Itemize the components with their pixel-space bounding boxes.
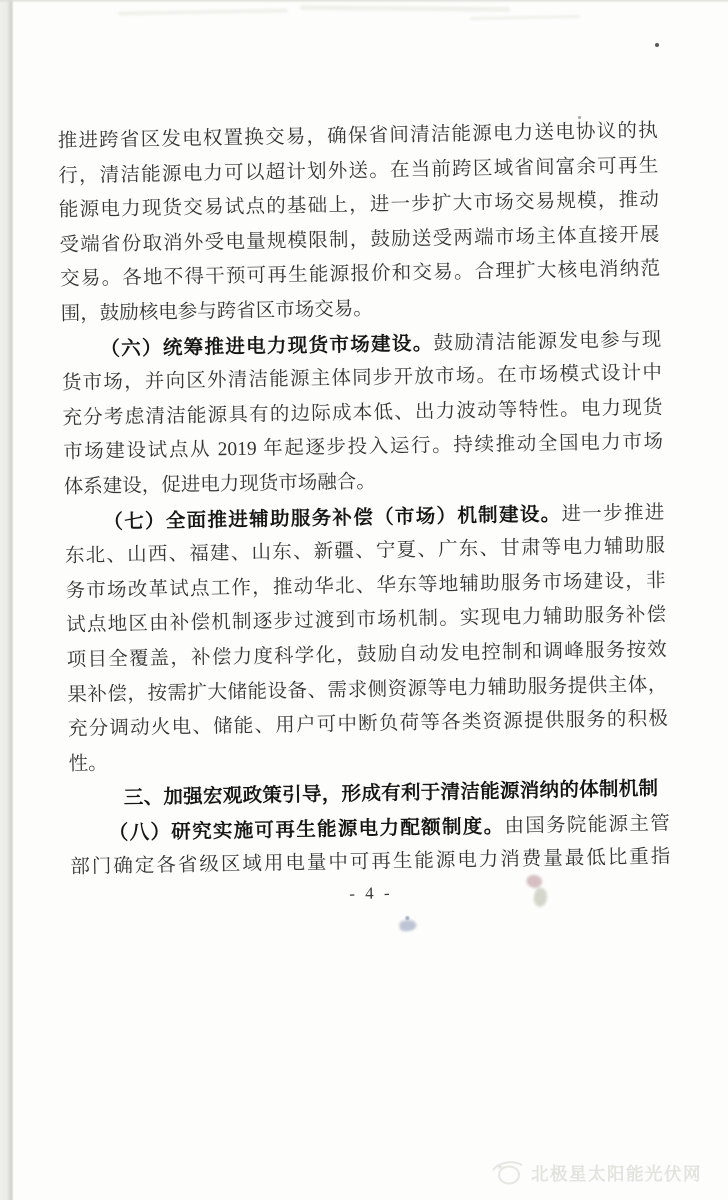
para-8-renewable-quota: （八）研究实施可再生能源电力配额制度。由国务院能源主管部门确定各省级区域用电量中… <box>70 806 671 886</box>
body-text: 交易。各地不得干预可再生能源报价和交易。合理扩大核电消纳范 <box>60 259 660 290</box>
body-text: 能源电力现货交易试点的基础上，进一步扩大市场交易规模，推动 <box>59 190 659 221</box>
body-text: 项目全覆盖，补偿力度科学化，鼓励自动发电控制和调峰服务按效 <box>67 639 667 670</box>
polaris-star-logo-icon <box>489 1158 527 1188</box>
bold-lead-text: （六）统筹推进电力现货市场建设。 <box>100 332 434 360</box>
body-text: 由国务院能源主管 <box>504 813 670 837</box>
para-cross-province-trading: 推进跨省区发电权置换交易，确保省间清洁能源电力送电协议的执行，清洁能源电力可以超… <box>57 115 661 333</box>
body-text: 推进跨省区发电权置换交易，确保省间清洁能源电力送电协议的执 <box>58 121 658 152</box>
watermark: 北极星太阳能光伏网 <box>489 1158 702 1188</box>
scanned-page: 推进跨省区发电权置换交易，确保省间清洁能源电力送电协议的执行，清洁能源电力可以超… <box>0 0 728 1200</box>
watermark-text: 北极星太阳能光伏网 <box>531 1161 702 1186</box>
body-text: 试点地区由补偿机制逐步过渡到市场机制。实现电力辅助服务补偿 <box>66 605 666 636</box>
bold-lead-text: （七）全面推进辅助服务补偿（市场）机制建设。 <box>103 503 561 533</box>
body-text: 进一步推进 <box>561 502 664 525</box>
body-text: 充分调动火电、储能、用户可中断负荷等各类资源提供服务的积极 <box>68 709 668 740</box>
body-text: 货市场，并向区外清洁能源主体同步开放市场。在市场模式设计中 <box>62 363 662 394</box>
body-text: 充分考虑清洁能源具有的边际成本低、出力波动等特性。电力现货 <box>62 397 662 428</box>
ink-stain-blue-dot <box>405 916 409 920</box>
document-body: 推进跨省区发电权置换交易，确保省间清洁能源电力送电协议的执行，清洁能源电力可以超… <box>57 115 670 886</box>
body-text: 市场建设试点从 2019 年起逐步投入运行。持续推动全国电力市场 <box>63 432 663 463</box>
para-6-spot-market: （六）统筹推进电力现货市场建设。鼓励清洁能源发电参与现货市场，并向区外清洁能源主… <box>61 322 664 505</box>
body-text: 行，清洁能源电力可以超计划外送。在当前跨区域省间富余可再生 <box>58 155 658 186</box>
body-text: 围，鼓励核电参与跨省区市场交易。 <box>61 299 373 325</box>
body-text: 体系建设，促进电力现货市场融合。 <box>64 471 376 497</box>
bold-lead-text: 三、加强宏观政策引导，形成有利于清洁能源消纳的体制机制 <box>124 778 659 809</box>
body-text: 部门确定各省级区域用电量中可再生能源电力消费量最低比重指 <box>70 847 670 878</box>
para-7-ancillary-services: （七）全面推进辅助服务补偿（市场）机制建设。进一步推进东北、山西、福建、山东、新… <box>64 495 669 782</box>
body-text: 鼓励清洁能源发电参与现 <box>433 329 661 354</box>
body-text: 受端省份取消外受电量规模限制，鼓励送受两端市场主体直接开展 <box>59 224 659 255</box>
body-text: 果补偿，按需扩大储能设备、需求侧资源等电力辅助服务提供主体， <box>67 674 667 705</box>
body-text: 务市场改革试点工作，推动华北、华东等地辅助服务市场建设，非 <box>65 570 665 601</box>
body-text: 东北、山西、福建、山东、新疆、宁夏、广东、甘肃等电力辅助服 <box>65 536 665 567</box>
body-text: 性。 <box>68 753 107 775</box>
ink-stain-blue <box>399 919 417 932</box>
bold-lead-text: （八）研究实施可再生能源电力配额制度。 <box>109 815 505 844</box>
scan-content: 推进跨省区发电权置换交易，确保省间清洁能源电力送电协议的执行，清洁能源电力可以超… <box>0 0 728 1200</box>
